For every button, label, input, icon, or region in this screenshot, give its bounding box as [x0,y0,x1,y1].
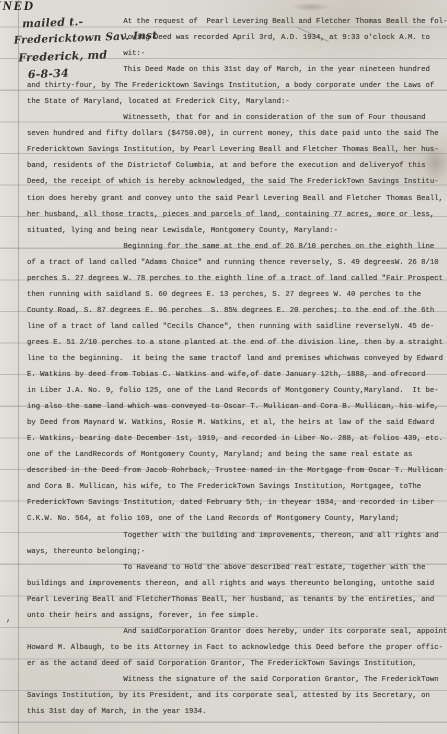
typed-line: Pearl Levering Beall and FletcherThomas … [27,592,445,608]
typed-line: FrederickTown Savings Institution, dated… [27,495,445,511]
margin-vertical-line [18,0,19,734]
typed-line: At the request of Pearl Levering Beall a… [27,14,445,30]
typed-line: seven hundred and fifty dollars ($4750.0… [27,126,445,142]
typed-line: E. Watkins, bearing date December 1st, 1… [27,431,445,447]
examined-stamp-fragment: INED [0,0,35,14]
typed-line: This Deed Made on this 31st day of March… [27,62,445,78]
typed-line: Beginning for the same at the end of 26 … [27,239,445,255]
typed-line: County Road, S. 87 degrees E. 96 perches… [27,303,445,319]
typed-line: grees E. 51 2/10 perches to a stone plan… [27,335,445,351]
typed-line: lowing Deed was recorded April 3rd, A.D.… [27,30,445,46]
typed-line: Together with the building and improveme… [27,528,445,544]
typed-deed-text: At the request of Pearl Levering Beall a… [27,14,445,720]
typed-line: described in the Deed from Jacob Rohrbac… [27,463,445,479]
typed-line: E. Watkins by deed from Tobias C. Watkin… [27,367,445,383]
typed-line: Deed, the receipt of which is hereby ack… [27,174,445,190]
typed-line: Fredericktown Savings Institution, by Pe… [27,142,445,158]
typed-line: Witnesseth, that for and in consideratio… [27,110,445,126]
typed-line: buildings and improvements thereon, and … [27,576,445,592]
typed-line: the State of Maryland, located at Freder… [27,94,445,110]
typed-line: her husband, all those tracts, pieces an… [27,207,445,223]
typed-line: and Cora B. Mullican, his wife, to The F… [27,479,445,495]
typed-line: Witness the signature of the said Corpor… [27,672,445,688]
margin-mark: , [6,614,11,624]
typed-line: perches S. 27 degrees W. 78 perches to t… [27,271,445,287]
typed-line: by Deed from Maynard W. Watkins, Rosie M… [27,415,445,431]
typed-line: ing also the same land which was conveye… [27,399,445,415]
typed-line: unto their heirs and assigns, forever, i… [27,608,445,624]
typed-line: of a tract of land called "Adams Choice"… [27,255,445,271]
typed-line: this 31st day of March, in the year 1934… [27,704,445,720]
scanned-deed-page: INED mailed t.-Fredericktown Sav. InstFr… [0,0,447,734]
typed-line: To Haveand to Hold the above described r… [27,560,445,576]
typed-line: in Liber J.A. No. 9, folio 125, one of t… [27,383,445,399]
typed-line: And saidCorporation Grantor does hereby,… [27,624,445,640]
typed-line: band, residents of the Districtof Columb… [27,158,445,174]
typed-line: then running with saidland S. 60 degrees… [27,287,445,303]
typed-line: ways, thereunto belonging;- [27,544,445,560]
typed-line: one of the LandRecords of Montgomery Cou… [27,447,445,463]
typed-line: er as the actand deed of said Corporatio… [27,656,445,672]
typed-line: C.K.W. No. 564, at folio 169, one of the… [27,511,445,527]
typed-line: wit:- [27,46,445,62]
typed-line: Howard M. Albaugh, to be its Attorney in… [27,640,445,656]
typed-line: line of a tract of land called "Cecils C… [27,319,445,335]
paper-blotch [288,2,334,12]
typed-line: tion does hereby grant and convey unto t… [27,191,445,207]
typed-line: line to the beginning. it being the same… [27,351,445,367]
typed-line: Savings Institution, by its President, a… [27,688,445,704]
typed-line: and thirty-four, by The Fredericktown Sa… [27,78,445,94]
typed-line: situated, lying and being near Lewisdale… [27,223,445,239]
